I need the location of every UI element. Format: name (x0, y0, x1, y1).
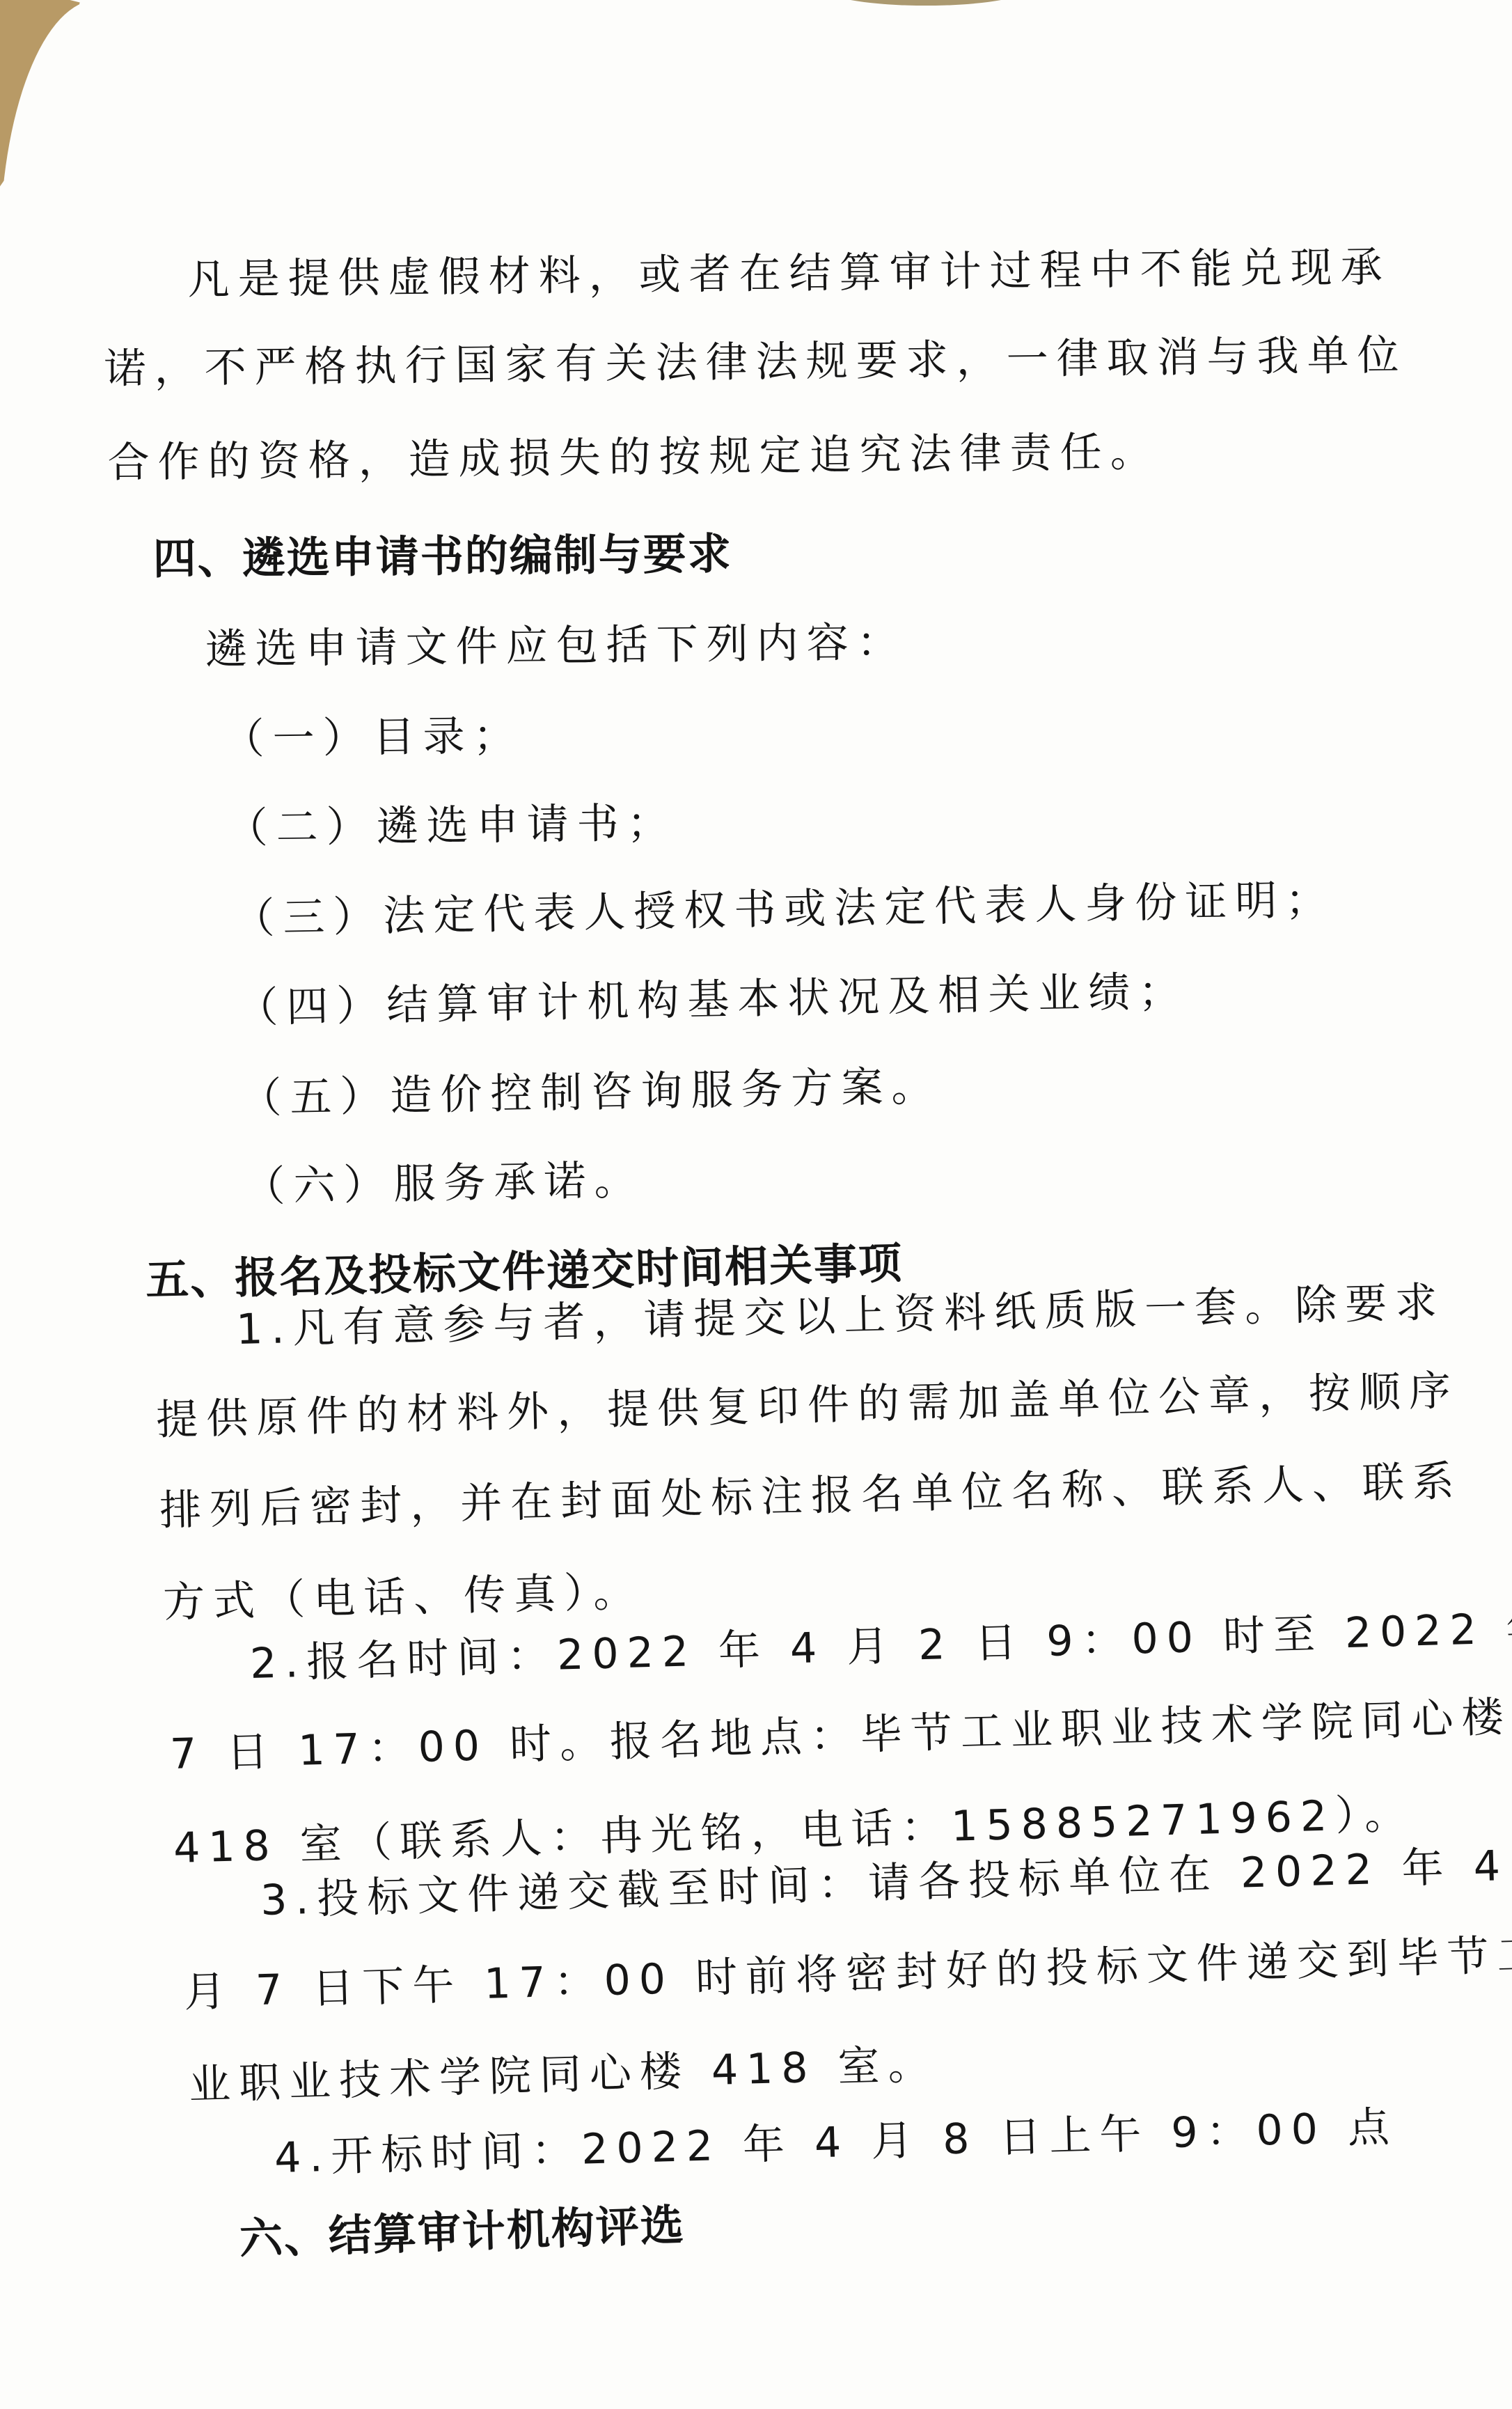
section-heading: 四、遴选申请书的编制与要求 (152, 533, 732, 581)
paragraph-line: 方式（电话、传真）。 (163, 1571, 644, 1624)
section-intro: 遴选申请文件应包括下列内容： (205, 621, 907, 670)
paragraph-line: 7 日 17：00 时。报名地点：毕节工业职业技术学院同心楼 (169, 1696, 1512, 1775)
paragraph-line: 诺，不严格执行国家有关法律法规要求，一律取消与我单位 (104, 334, 1408, 390)
list-item: （五）造价控制咨询服务方案。 (239, 1065, 942, 1120)
paragraph-line: 提供原件的材料外，提供复印件的需加盖单位公章，按顺序 (156, 1370, 1460, 1441)
paragraph-line: 4.开标时间：2022 年 4 月 8 日上午 9：00 点 (274, 2106, 1398, 2179)
paragraph-line: 月 7 日下午 17：00 时前将密封好的投标文件递交到毕节工 (183, 1933, 1512, 2014)
paragraph-line: 凡是提供虚假材料，或者在结算审计过程中不能兑现承 (187, 246, 1391, 301)
list-item: （三）法定代表人授权书或法定代表人身份证明； (233, 879, 1336, 940)
section-heading: 六、结算审计机构评选 (239, 2204, 686, 2261)
paragraph-line: 业职业技术学院同心楼 418 室。 (188, 2043, 938, 2106)
document-page: 凡是提供虚假材料，或者在结算审计过程中不能兑现承 诺，不严格执行国家有关法律法规… (0, 0, 1512, 2409)
list-item: （六）服务承诺。 (243, 1159, 645, 1208)
list-item: （一）目录； (222, 715, 523, 760)
list-item: （二）遴选申请书； (226, 802, 677, 849)
paragraph-line: 合作的资格，造成损失的按规定追究法律责任。 (107, 431, 1160, 484)
list-item: （四）结算审计机构基本状况及相关业绩； (236, 971, 1189, 1029)
paragraph-line: 排列后密封，并在封面处标注报名单位名称、联系人、联系 (159, 1461, 1463, 1532)
